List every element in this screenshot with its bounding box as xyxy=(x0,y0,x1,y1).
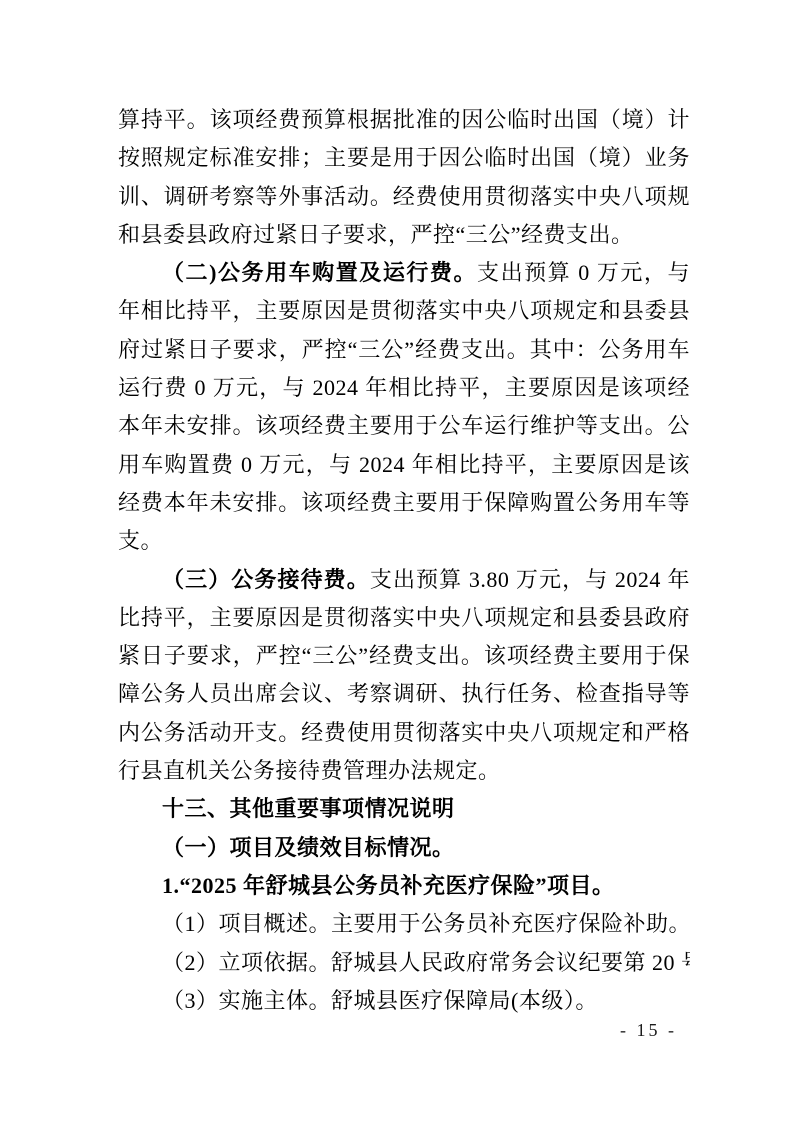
text-run: 本年未安排。该项经费主要用于公车运行维护等支出。公务 xyxy=(118,413,690,445)
text-line: 年相比持平，主要原因是贯彻落实中央八项规定和县委县政 xyxy=(118,292,690,330)
text-run: 经费本年未安排。该项经费主要用于保障购置公务用车等开 xyxy=(118,490,690,522)
document-page: 算持平。该项经费预算根据批准的因公临时出国（境）计划，按照规定标准安排；主要是用… xyxy=(0,0,793,1122)
text-line: 运行费 0 万元，与 2024 年相比持平，主要原因是该项经费 xyxy=(118,369,690,407)
text-run: 支。 xyxy=(118,528,163,553)
text-run: 运行费 0 万元，与 2024 年相比持平，主要原因是该项经费 xyxy=(118,375,690,407)
text-line: 障公务人员出席会议、考察调研、执行任务、检查指导等国 xyxy=(118,675,690,713)
text-run: 紧日子要求，严控“三公”经费支出。该项经费主要用于保 xyxy=(118,643,690,668)
text-line: 经费本年未安排。该项经费主要用于保障购置公务用车等开 xyxy=(118,484,690,522)
text-run: （3）实施主体。舒城县医疗保障局(本级）。 xyxy=(162,988,598,1013)
bold-text-run: （二)公务用车购置及运行费。 xyxy=(162,260,477,285)
text-line: 十三、其他重要事项情况说明 xyxy=(118,790,690,828)
text-run: 训、调研考察等外事活动。经费使用贯彻落实中央八项规定 xyxy=(118,184,690,216)
text-line: 紧日子要求，严控“三公”经费支出。该项经费主要用于保 xyxy=(118,637,690,675)
text-line: （二)公务用车购置及运行费。支出预算 0 万元，与 2024 xyxy=(118,254,690,292)
text-line: （3）实施主体。舒城县医疗保障局(本级）。 xyxy=(118,982,690,1020)
text-run: 按照规定标准安排；主要是用于因公临时出国（境）业务培 xyxy=(118,145,690,177)
text-line: 行县直机关公务接待费管理办法规定。 xyxy=(118,752,690,790)
text-line: （三）公务接待费。支出预算 3.80 万元，与 2024 年相 xyxy=(118,561,690,599)
text-run: 障公务人员出席会议、考察调研、执行任务、检查指导等国 xyxy=(118,681,690,713)
text-line: 用车购置费 0 万元，与 2024 年相比持平，主要原因是该项 xyxy=(118,446,690,484)
text-line: （1）项目概述。主要用于公务员补充医疗保险补助。 xyxy=(118,905,690,943)
text-line: 1.“2025 年舒城县公务员补充医疗保险”项目。 xyxy=(118,867,690,905)
text-line: 算持平。该项经费预算根据批准的因公临时出国（境）计划， xyxy=(118,101,690,139)
page-number: - 15 - xyxy=(620,1019,677,1041)
text-run: 用车购置费 0 万元，与 2024 年相比持平，主要原因是该项 xyxy=(118,452,690,484)
text-run: （2）立项依据。舒城县人民政府常务会议纪要第 20 号。 xyxy=(162,950,690,975)
text-line: 训、调研考察等外事活动。经费使用贯彻落实中央八项规定 xyxy=(118,178,690,216)
bold-text-run: （一）项目及绩效目标情况。 xyxy=(162,835,455,860)
text-run: 比持平，主要原因是贯彻落实中央八项规定和县委县政府过 xyxy=(118,605,690,637)
text-run: 府过紧日子要求，严控“三公”经费支出。其中：公务用车 xyxy=(118,337,690,362)
text-run: 内公务活动开支。经费使用贯彻落实中央八项规定和严格执 xyxy=(118,720,690,752)
text-line: 和县委县政府过紧日子要求，严控“三公”经费支出。 xyxy=(118,216,690,254)
text-line: 按照规定标准安排；主要是用于因公临时出国（境）业务培 xyxy=(118,139,690,177)
bold-text-run: 十三、其他重要事项情况说明 xyxy=(162,796,455,821)
text-run: 算持平。该项经费预算根据批准的因公临时出国（境）计划， xyxy=(118,107,690,139)
text-line: 本年未安排。该项经费主要用于公车运行维护等支出。公务 xyxy=(118,407,690,445)
document-body: 算持平。该项经费预算根据批准的因公临时出国（境）计划，按照规定标准安排；主要是用… xyxy=(118,101,690,1020)
bold-text-run: 1.“2025 年舒城县公务员补充医疗保险”项目。 xyxy=(162,873,615,898)
text-line: （一）项目及绩效目标情况。 xyxy=(118,829,690,867)
text-run: 年相比持平，主要原因是贯彻落实中央八项规定和县委县政 xyxy=(118,298,690,330)
text-line: 比持平，主要原因是贯彻落实中央八项规定和县委县政府过 xyxy=(118,599,690,637)
bold-text-run: （三）公务接待费。 xyxy=(162,567,370,592)
text-run: 行县直机关公务接待费管理办法规定。 xyxy=(118,758,501,783)
text-line: （2）立项依据。舒城县人民政府常务会议纪要第 20 号。 xyxy=(118,944,690,982)
text-line: 支。 xyxy=(118,522,690,560)
text-run: （1）项目概述。主要用于公务员补充医疗保险补助。 xyxy=(162,911,690,936)
text-line: 府过紧日子要求，严控“三公”经费支出。其中：公务用车 xyxy=(118,331,690,369)
text-line: 内公务活动开支。经费使用贯彻落实中央八项规定和严格执 xyxy=(118,714,690,752)
text-run: 和县委县政府过紧日子要求，严控“三公”经费支出。 xyxy=(118,222,634,247)
